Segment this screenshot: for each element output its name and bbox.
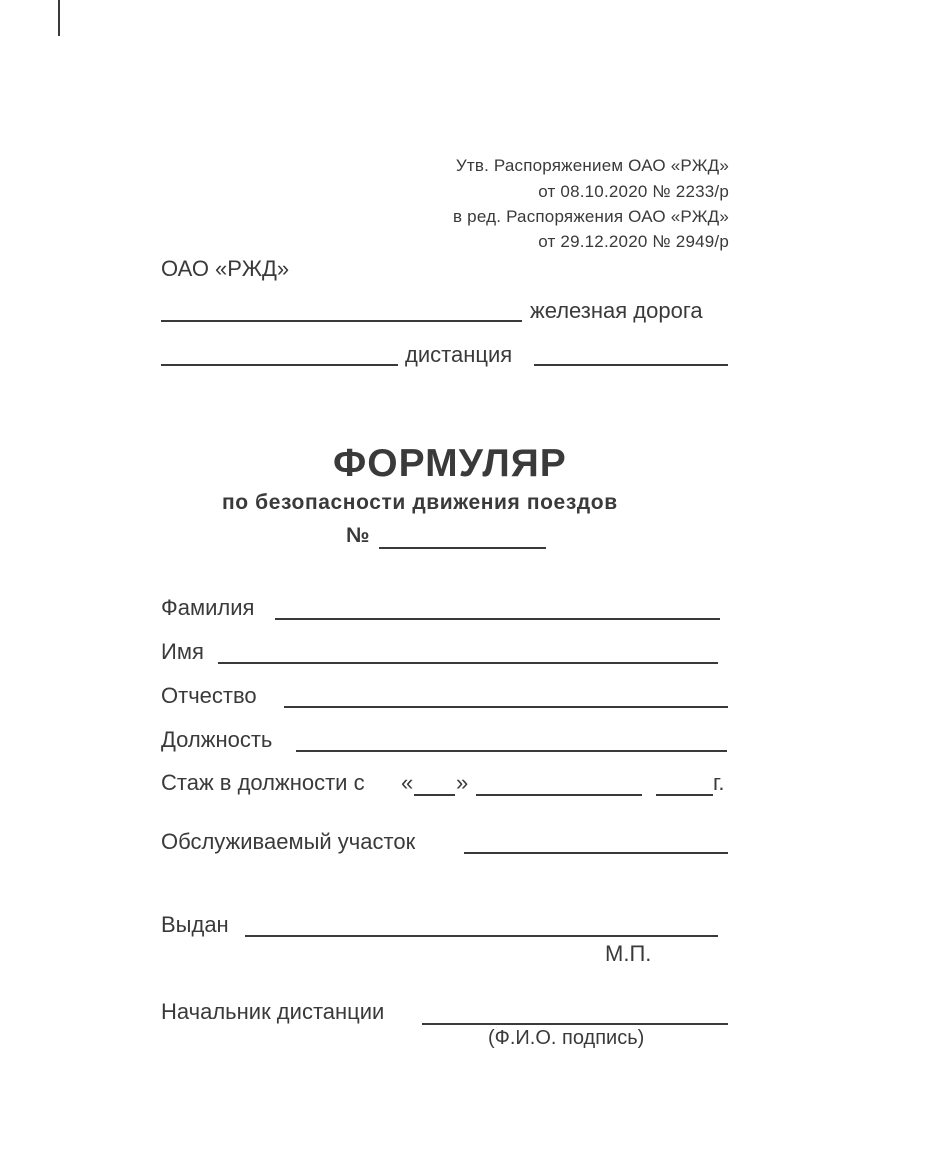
experience-month-field[interactable] — [476, 794, 642, 796]
experience-year-field[interactable] — [656, 794, 713, 796]
approval-line-2: от 08.10.2020 № 2233/р — [538, 179, 729, 205]
name-label: Имя — [161, 639, 204, 665]
distance-prefix-field[interactable] — [161, 364, 398, 366]
experience-year-suffix: г. — [713, 770, 724, 796]
patronymic-field[interactable] — [284, 706, 728, 708]
number-label: № — [346, 524, 370, 548]
stamp-label: М.П. — [605, 941, 651, 967]
signature-hint: (Ф.И.О. подпись) — [488, 1027, 644, 1050]
surname-field[interactable] — [275, 618, 720, 620]
name-field[interactable] — [218, 662, 718, 664]
head-label: Начальник дистанции — [161, 999, 384, 1025]
railway-field[interactable] — [161, 320, 522, 322]
position-field[interactable] — [296, 750, 727, 752]
patronymic-label: Отчество — [161, 683, 257, 709]
crop-mark — [58, 0, 60, 36]
experience-label: Стаж в должности с — [161, 770, 365, 796]
organization-name: ОАО «РЖД» — [161, 256, 289, 282]
form-title: ФОРМУЛЯР — [333, 442, 567, 486]
issued-label: Выдан — [161, 912, 229, 938]
approval-line-3: в ред. Распоряжения ОАО «РЖД» — [453, 204, 729, 230]
distance-suffix-field[interactable] — [534, 364, 728, 366]
section-label: Обслуживаемый участок — [161, 829, 415, 855]
experience-open-quote: « — [401, 770, 413, 796]
position-label: Должность — [161, 727, 272, 753]
issued-field[interactable] — [245, 935, 718, 937]
experience-day-field[interactable] — [414, 794, 455, 796]
head-signature-field[interactable] — [422, 1023, 728, 1025]
distance-label: дистанция — [405, 342, 512, 368]
railway-label: железная дорога — [530, 298, 703, 324]
approval-line-1: Утв. Распоряжением ОАО «РЖД» — [456, 153, 729, 179]
surname-label: Фамилия — [161, 595, 254, 621]
number-field[interactable] — [379, 547, 546, 549]
experience-close-quote: » — [456, 770, 468, 796]
form-subtitle: по безопасности движения поездов — [222, 491, 618, 515]
section-field[interactable] — [464, 852, 728, 854]
approval-line-4: от 29.12.2020 № 2949/р — [538, 229, 729, 255]
